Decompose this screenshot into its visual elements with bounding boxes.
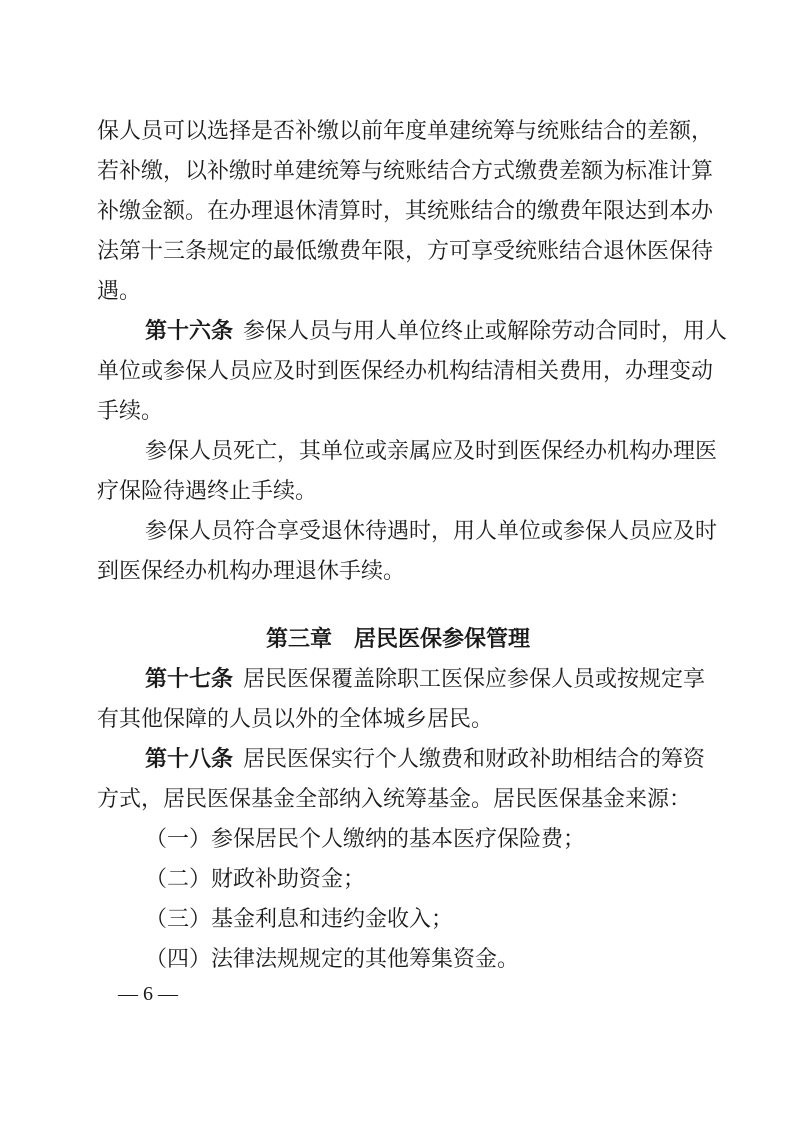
article-label: 第十六条	[145, 319, 233, 344]
list-item: （二）财政补助资金；	[97, 860, 699, 900]
page-number: — 6 —	[118, 980, 178, 1008]
text-line: 到医保经办机构办理退休手续。	[97, 552, 699, 592]
article-18: 第十八条居民医保实行个人缴费和财政补助相结合的筹资 方式，居民医保基金全部纳入统…	[97, 740, 699, 980]
article-label: 第十八条	[145, 747, 233, 772]
text-line: 有其他保障的人员以外的全体城乡居民。	[97, 700, 699, 740]
article-16: 第十六条参保人员与用人单位终止或解除劳动合同时，用人 单位或参保人员应及时到医保…	[97, 312, 699, 592]
text-line: 第十八条居民医保实行个人缴费和财政补助相结合的筹资	[97, 740, 699, 780]
list-item: （一）参保居民个人缴纳的基本医疗保险费；	[97, 820, 699, 860]
continuation-paragraph: 保人员可以选择是否补缴以前年度单建统筹与统账结合的差额， 若补缴，以补缴时单建统…	[97, 112, 699, 312]
text-line: 遇。	[97, 272, 699, 312]
text-line: 保人员可以选择是否补缴以前年度单建统筹与统账结合的差额，	[97, 112, 699, 152]
article-17: 第十七条居民医保覆盖除职工医保应参保人员或按规定享 有其他保障的人员以外的全体城…	[97, 660, 699, 740]
chapter-heading: 第三章 居民医保参保管理	[97, 620, 699, 660]
list-item: （四）法律法规规定的其他筹集资金。	[97, 940, 699, 980]
text-line: 补缴金额。在办理退休清算时，其统账结合的缴费年限达到本办	[97, 192, 699, 232]
article-text: 参保人员与用人单位终止或解除劳动合同时，用人	[243, 319, 727, 344]
text-line: 手续。	[97, 392, 699, 432]
text-line: 第十六条参保人员与用人单位终止或解除劳动合同时，用人	[97, 312, 699, 352]
text-line: 法第十三条规定的最低缴费年限，方可享受统账结合退休医保待	[97, 232, 699, 272]
text-line: 参保人员死亡，其单位或亲属应及时到医保经办机构办理医	[97, 432, 699, 472]
text-line: 方式，居民医保基金全部纳入统筹基金。居民医保基金来源：	[97, 780, 699, 820]
text-line: 疗保险待遇终止手续。	[97, 472, 699, 512]
text-line: 若补缴，以补缴时单建统筹与统账结合方式缴费差额为标准计算	[97, 152, 699, 192]
list-item: （三）基金利息和违约金收入；	[97, 900, 699, 940]
article-text: 居民医保实行个人缴费和财政补助相结合的筹资	[243, 747, 705, 772]
text-line: 单位或参保人员应及时到医保经办机构结清相关费用，办理变动	[97, 352, 699, 392]
article-label: 第十七条	[145, 667, 233, 692]
article-text: 居民医保覆盖除职工医保应参保人员或按规定享	[243, 667, 705, 692]
text-line: 参保人员符合享受退休待遇时，用人单位或参保人员应及时	[97, 512, 699, 552]
document-page: 保人员可以选择是否补缴以前年度单建统筹与统账结合的差额， 若补缴，以补缴时单建统…	[97, 112, 699, 980]
text-line: 第十七条居民医保覆盖除职工医保应参保人员或按规定享	[97, 660, 699, 700]
